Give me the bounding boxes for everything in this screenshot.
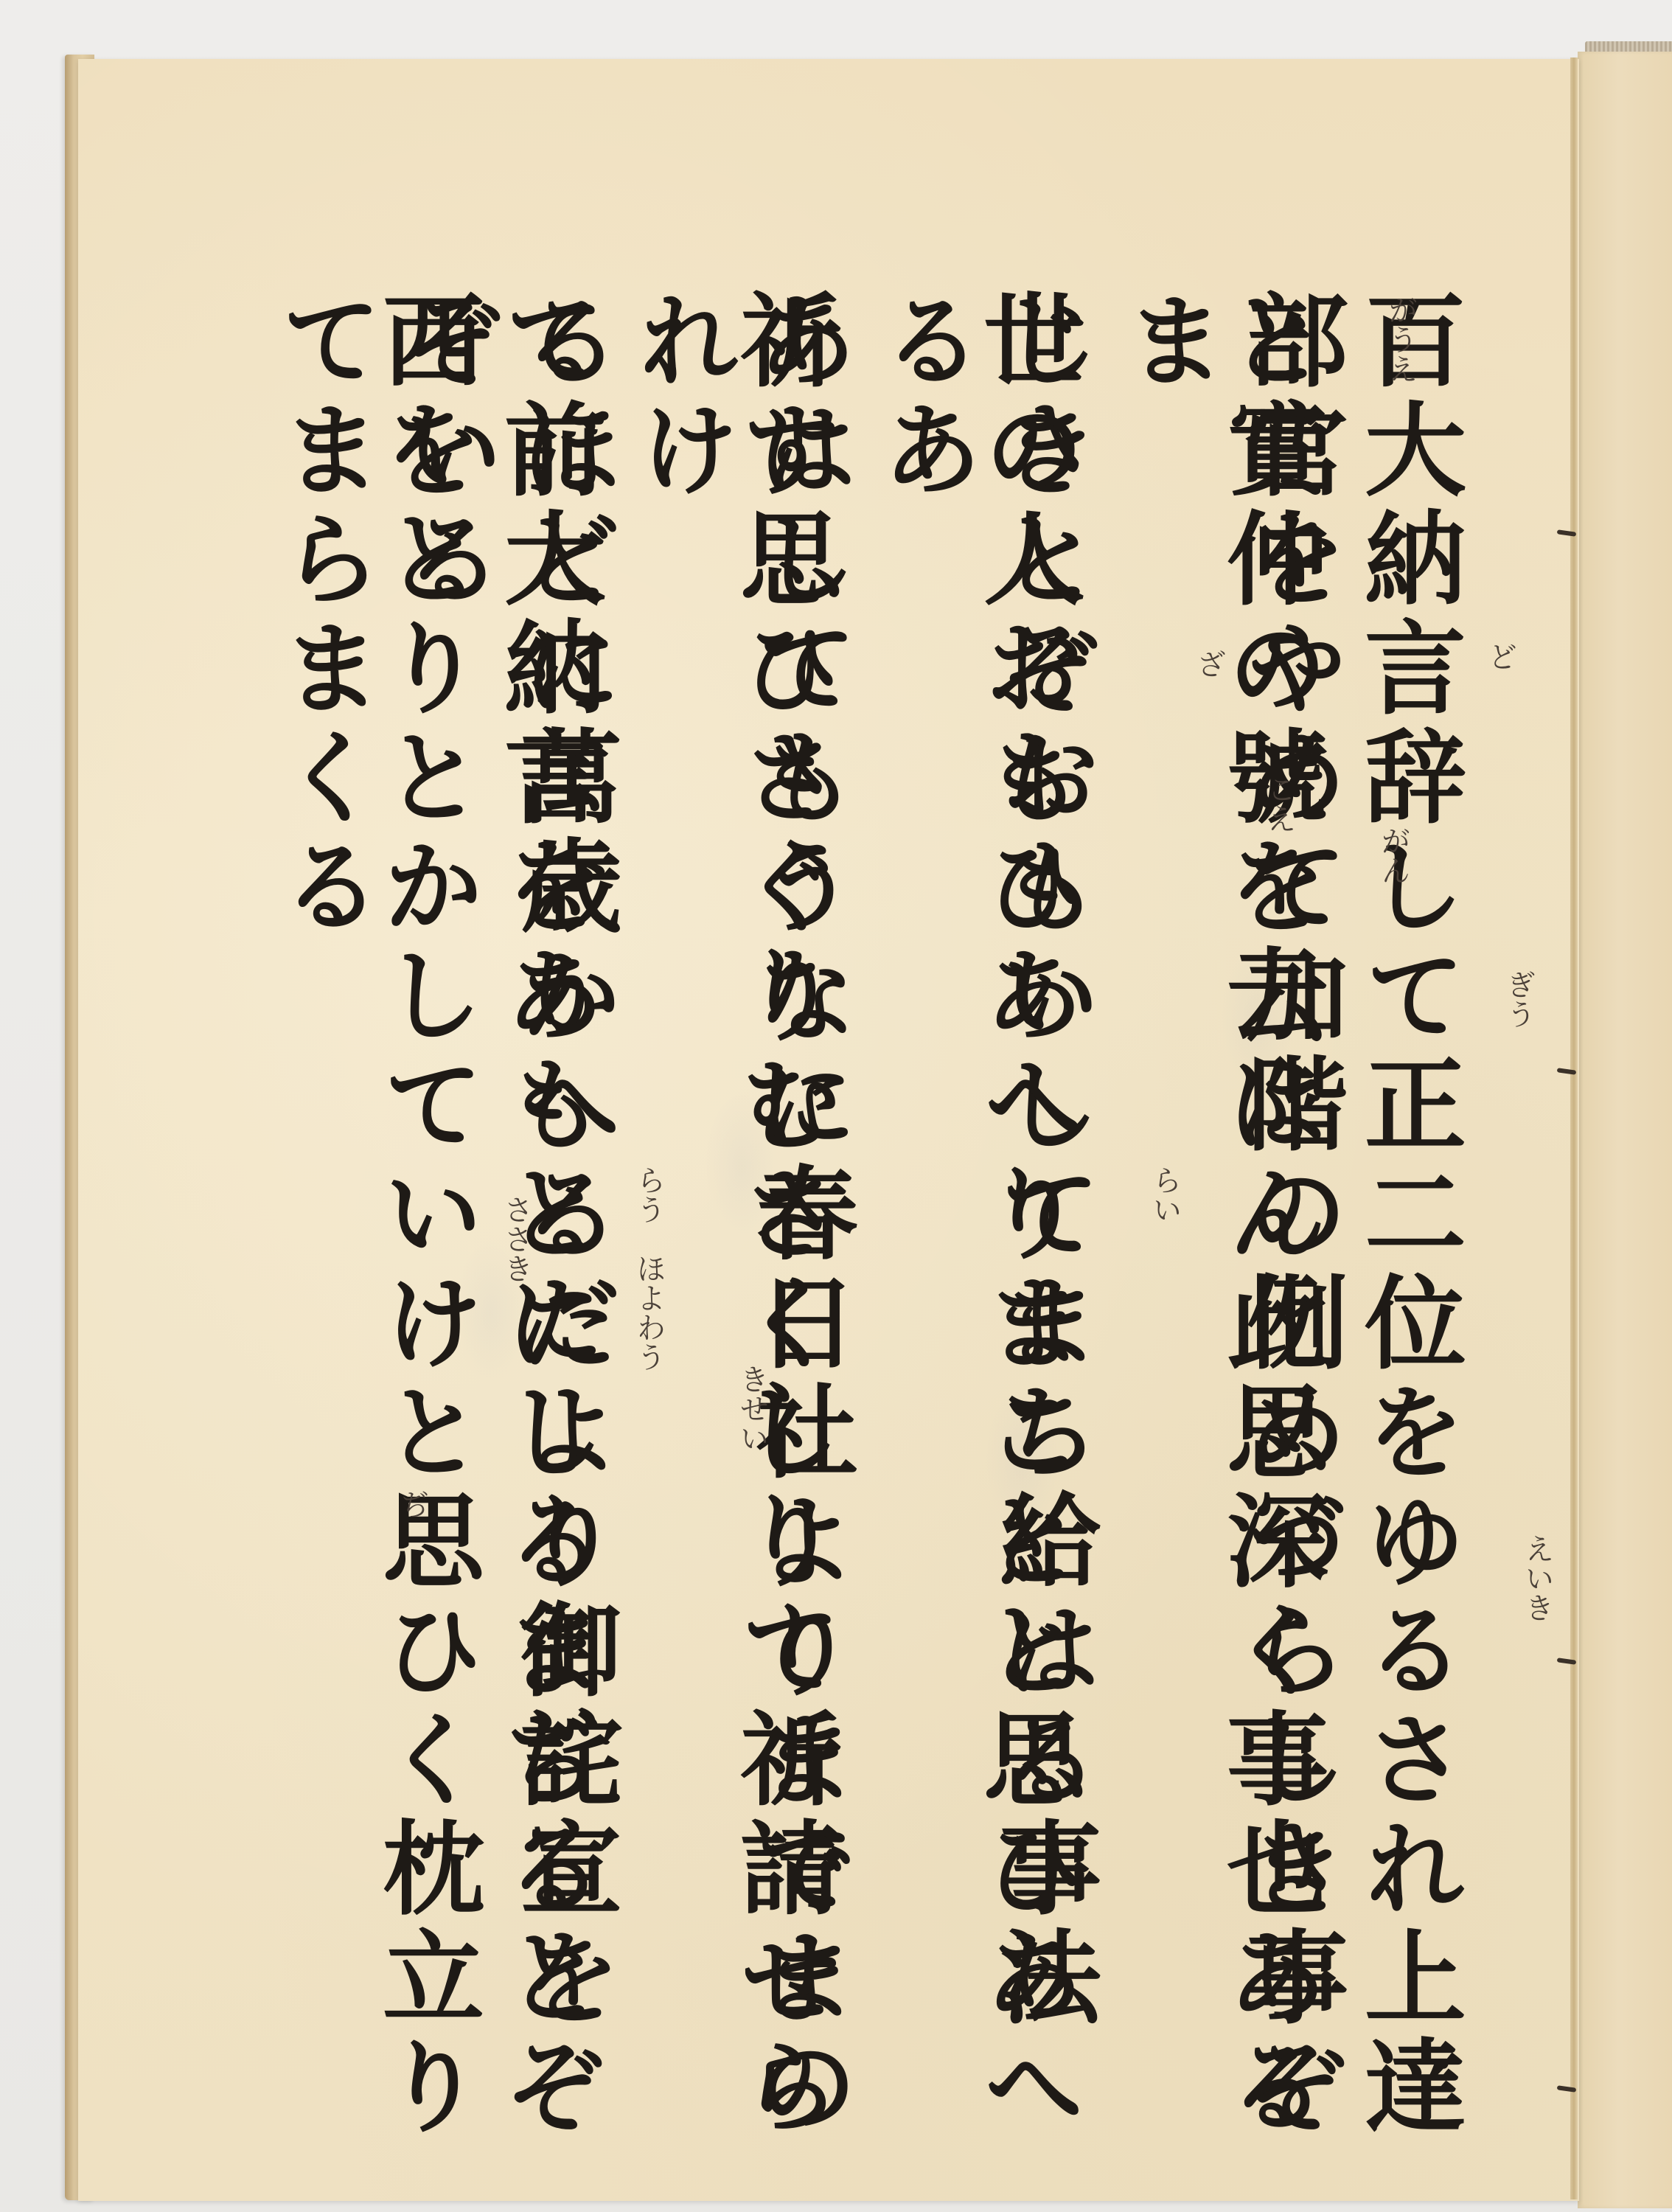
text-column-7: 祈す思ひさぐりむさくしりて祈請せられけ [630, 288, 834, 2212]
furigana: ざ [1194, 649, 1224, 678]
furigana: がうえ [1386, 295, 1415, 383]
furigana: ほよわう [634, 1253, 663, 1371]
furigana: ぢ [398, 1489, 428, 1519]
furigana: こえ [1264, 774, 1294, 833]
binding-fold [1570, 58, 1578, 2199]
text-column-10: 西をとりとかしていけと思ひく枕立りてまらまくる [273, 288, 476, 2212]
text-column-1: 百大納言辞して正二位をゆるされ上達 [1356, 288, 1458, 2143]
furigana: きせい [737, 1364, 767, 1453]
furigana: がん [1379, 826, 1408, 885]
furigana: ぎう [1504, 970, 1533, 1029]
next-page-edge [1578, 52, 1672, 2208]
furigana: ど [1485, 641, 1515, 671]
furigana: らい [1150, 1165, 1180, 1224]
text-column-5: 世の人おもひあへりまことと思ひあへるあ [874, 288, 1077, 2212]
furigana: らう [634, 1165, 663, 1224]
furigana: えいき [1522, 1534, 1552, 1622]
text-column-3: と實仲の號を云はん此思深く事也あるま [1117, 288, 1320, 2212]
furigana: ささき [501, 1194, 531, 1283]
